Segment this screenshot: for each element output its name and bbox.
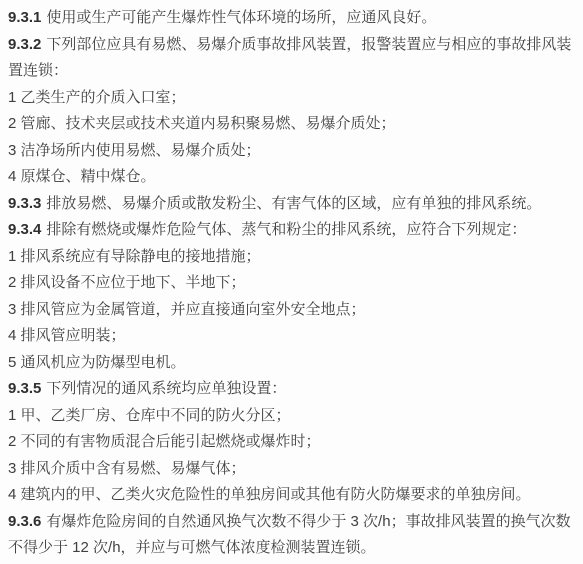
clause-9-3-4-item-3: 3 排风管应为金属管道，并应直接通向室外安全地点； — [8, 297, 577, 324]
clause-number: 9.3.3 — [8, 195, 41, 212]
clause-9-3-2: 9.3.2下列部位应具有易燃、易爆介质事故排风装置，报警装置应与相应的事故排风装… — [8, 32, 577, 85]
clause-9-3-3: 9.3.3排放易燃、易爆介质或散发粉尘、有害气体的区域，应有单独的排风系统。 — [8, 191, 577, 218]
clause-text: 排放易燃、易爆介质或散发粉尘、有害气体的区域，应有单独的排风系统。 — [46, 195, 541, 212]
clause-text: 下列情况的通风系统均应单独设置： — [46, 380, 286, 397]
clause-9-3-6: 9.3.6有爆炸危险房间的自然通风换气次数不得少于 3 次/h；事故排风装置的换… — [8, 509, 577, 562]
clause-number: 9.3.1 — [8, 9, 41, 26]
clause-9-3-4-item-5: 5 通风机应为防爆型电机。 — [8, 350, 577, 377]
clause-9-3-2-item-4: 4 原煤仓、精中煤仓。 — [8, 164, 577, 191]
clause-text: 排除有燃烧或爆炸危险气体、蒸气和粉尘的排风系统，应符合下列规定： — [46, 221, 526, 238]
clause-9-3-2-item-3: 3 洁净场所内使用易燃、易爆介质处； — [8, 138, 577, 165]
clause-number: 9.3.5 — [8, 380, 41, 397]
clause-text: 有爆炸危险房间的自然通风换气次数不得少于 3 次/h；事故排风装置的换气次数不得… — [8, 513, 571, 557]
clause-9-3-2-item-2: 2 管廊、技术夹层或技术夹道内易积聚易燃、易爆介质处； — [8, 111, 577, 138]
clause-9-3-5-item-3: 3 排风介质中含有易燃、易爆气体； — [8, 456, 577, 483]
clause-9-3-4-item-4: 4 排风管应明装； — [8, 323, 577, 350]
clause-9-3-4-item-1: 1 排风系统应有导除静电的接地措施； — [8, 244, 577, 271]
clause-9-3-1: 9.3.1使用或生产可能产生爆炸性气体环境的场所，应通风良好。 — [8, 5, 577, 32]
clause-9-3-5: 9.3.5下列情况的通风系统均应单独设置： — [8, 376, 577, 403]
clause-text: 使用或生产可能产生爆炸性气体环境的场所，应通风良好。 — [46, 9, 436, 26]
clause-9-3-5-item-4: 4 建筑内的甲、乙类火灾危险性的单独房间或其他有防火防爆要求的单独房间。 — [8, 482, 577, 509]
regulation-document: 9.3.1使用或生产可能产生爆炸性气体环境的场所，应通风良好。 9.3.2下列部… — [0, 0, 583, 564]
clause-number: 9.3.2 — [8, 36, 41, 53]
clause-9-3-2-item-1: 1 乙类生产的介质入口室； — [8, 85, 577, 112]
clause-9-3-5-item-1: 1 甲、乙类厂房、仓库中不同的防火分区； — [8, 403, 577, 430]
clause-number: 9.3.4 — [8, 221, 41, 238]
clause-9-3-4-item-2: 2 排风设备不应位于地下、半地下； — [8, 270, 577, 297]
clause-text: 下列部位应具有易燃、易爆介质事故排风装置，报警装置应与相应的事故排风装置连锁： — [8, 36, 571, 80]
clause-number: 9.3.6 — [8, 513, 41, 530]
clause-9-3-5-item-2: 2 不同的有害物质混合后能引起燃烧或爆炸时； — [8, 429, 577, 456]
clause-9-3-4: 9.3.4排除有燃烧或爆炸危险气体、蒸气和粉尘的排风系统，应符合下列规定： — [8, 217, 577, 244]
